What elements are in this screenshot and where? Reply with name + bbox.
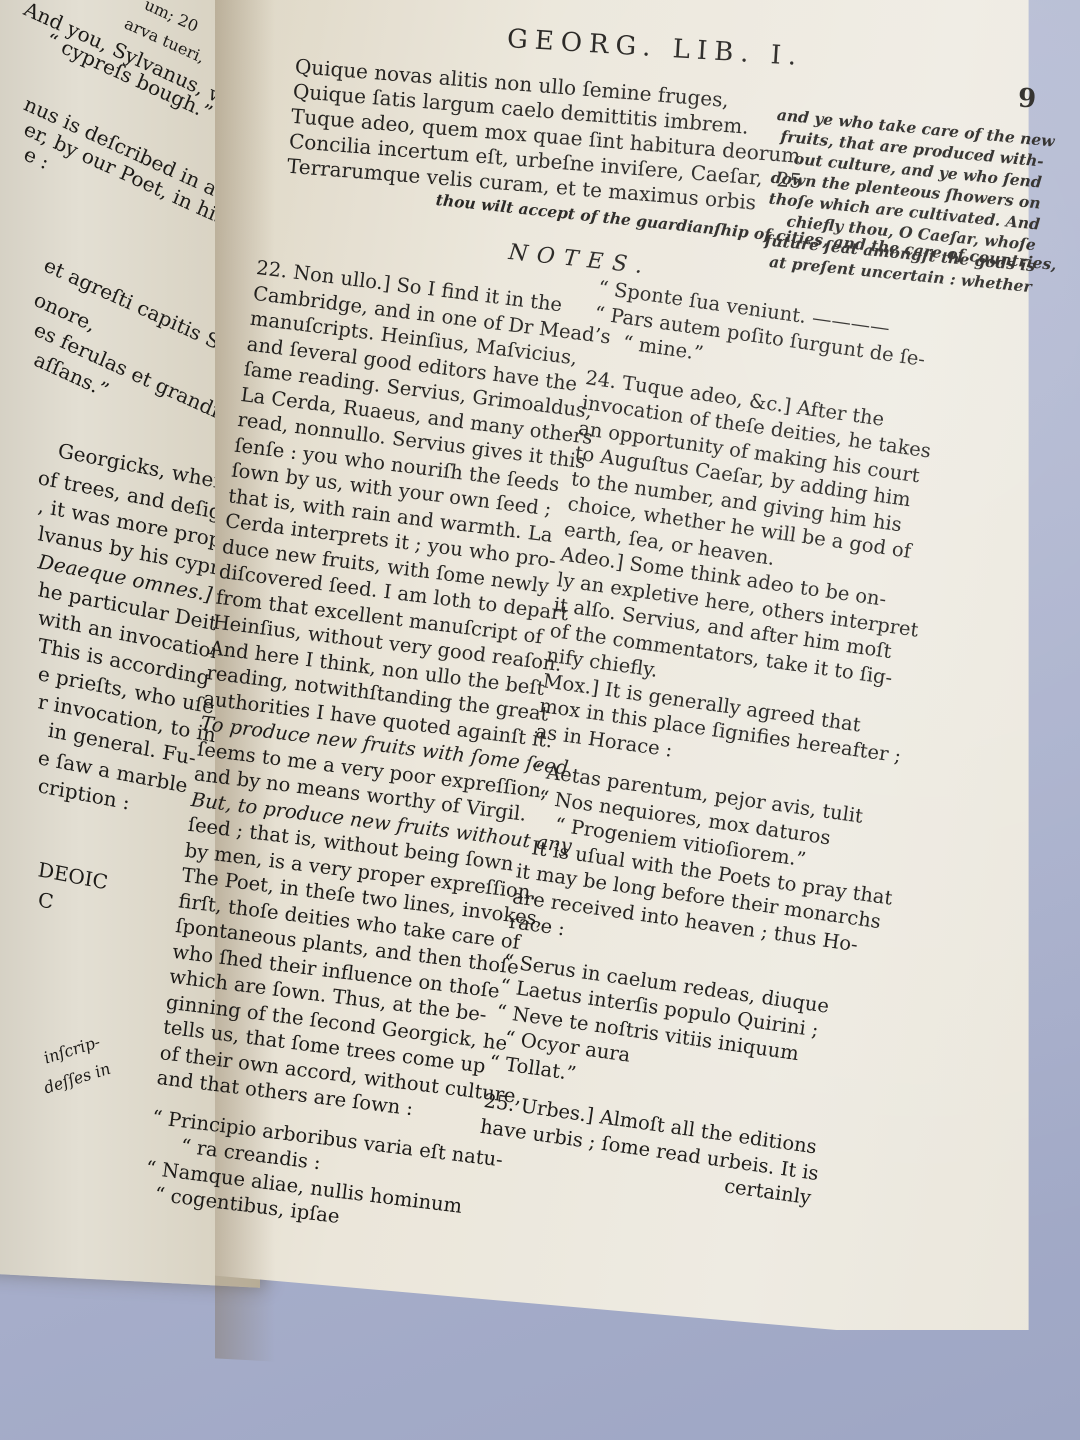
latin-verse: Quique novas alitis non ullo ſemine frug… xyxy=(286,54,764,215)
page-number: 9 xyxy=(1017,84,1037,115)
page-content: GEORG. LIB. I. 9 Quique novas alitis non… xyxy=(0,0,1080,1440)
notes-heading: NOTES. xyxy=(507,240,652,280)
running-head: GEORG. LIB. I. xyxy=(506,24,804,72)
